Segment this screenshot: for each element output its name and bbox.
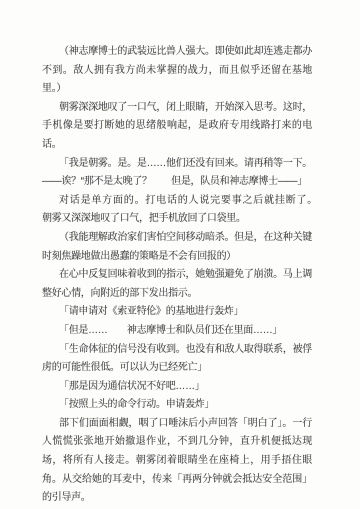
paragraph: 朝雾深深地叹了一口气，闭上眼睛，开始深入思考。这时，手机像是要打断她的思绪般响起… <box>42 99 312 155</box>
paragraph: 部下们面面相觑，咽了口唾沫后小声回答「明白了」。一行人慌慌张张地开始撤退作业，不… <box>42 415 312 508</box>
reader-page: （神志摩博士的武装远比兽人强大。即使如此却连逃走都办不到。敌人拥有我方尚未掌握的… <box>0 0 360 509</box>
paragraph: （我能理解政治家们害怕空间移动暗杀。但是，在这种关键时刻焦躁地做出愚蠢的策略是不… <box>42 229 312 266</box>
dialogue-paragraph: 「但是…… 神志摩博士和队员们还在里面……」 <box>42 322 312 341</box>
paragraph: 在心中反复回味着收到的指示，她勉强避免了崩溃。马上调整好心情，向附近的部下发出指… <box>42 266 312 303</box>
dialogue-paragraph: 「那是因为通信状况不好吧……」 <box>42 378 312 397</box>
paragraph: 对话是单方面的。打电话的人说完要事之后就挂断了。 朝雾又深深地叹了口气，把手机放… <box>42 192 312 229</box>
dialogue-paragraph: 「按照上头的命令行动。申请轰炸」 <box>42 396 312 415</box>
dialogue-paragraph: 「生命体征的信号没有收到。也没有和敌人取得联系，被俘虏的可能性很低。可以认为已经… <box>42 341 312 378</box>
dialogue-paragraph: 「请申请对《索亚特伦》的基地进行轰炸」 <box>42 303 312 322</box>
dialogue-paragraph: 「我是朝雾。是。是……他们还没有回来。请再稍等一下。——诶？“那不是太晚了？ 但… <box>42 155 312 192</box>
paragraph: （神志摩博士的武装远比兽人强大。即使如此却连逃走都办不到。敌人拥有我方尚未掌握的… <box>42 43 312 99</box>
